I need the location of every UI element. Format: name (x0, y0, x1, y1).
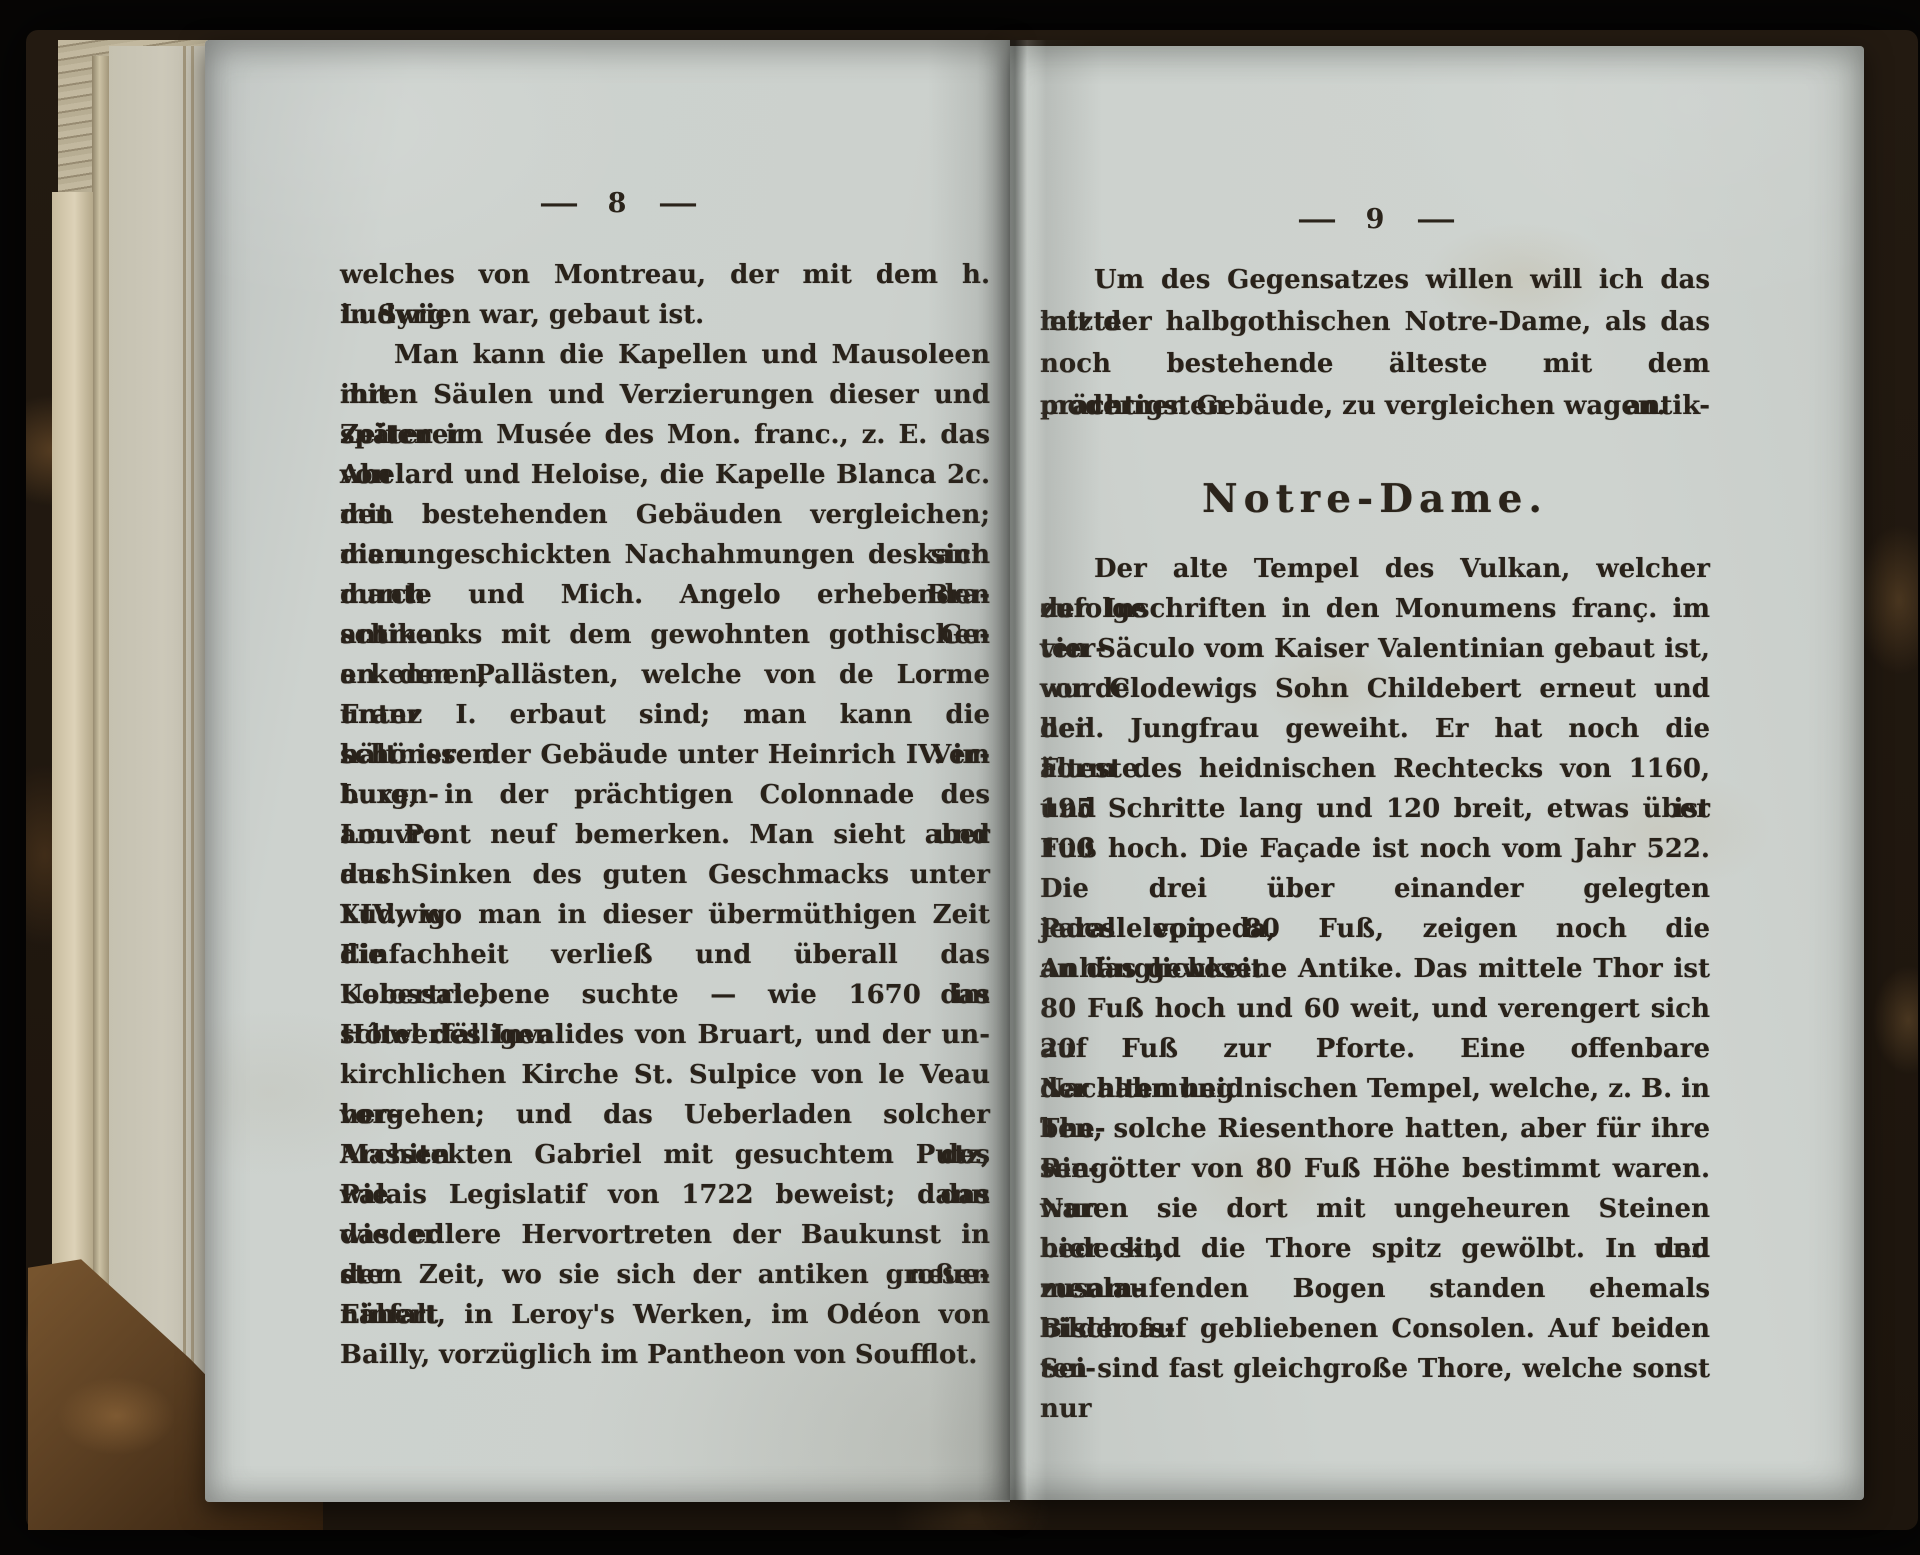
text-line: Abelard und Heloise, die Kapelle Blanca … (340, 455, 990, 495)
text-line: an das gewesene Antike. Das mittele Thor… (1040, 949, 1710, 989)
text-line: burg, in der prächtigen Colonnade des Lo… (340, 775, 990, 815)
text-line: 195 Schritte lang und 120 breit, etwas ü… (1040, 789, 1710, 829)
text-line: sengötter von 80 Fuß Höhe bestimmt waren… (1040, 1149, 1710, 1189)
section-heading: Notre-Dame. (1040, 476, 1710, 522)
page-header: — 9 — (1040, 204, 1710, 235)
text-line: Palais Legislatif von 1722 beweist; dann… (340, 1175, 990, 1215)
right-page: — 9 — Um des Gegensatzes willen will ich… (1010, 46, 1864, 1500)
text-line: Hôtel des Invalides von Bruart, und der … (340, 1015, 990, 1055)
left-page-text-column: welches von Montreau, der mit dem h. Lud… (340, 255, 990, 1375)
right-page-intro-paragraph: Um des Gegensatzes willen will ich das l… (1040, 259, 1710, 427)
gutter-shadow (928, 40, 1102, 1500)
text-line: Man kann die Kapellen und Mausoleen mit (340, 335, 990, 375)
text-line: Die drei über einander gelegten Parallel… (1040, 869, 1710, 909)
text-line: XIV., wo man in dieser übermüthigen Zeit… (340, 895, 990, 935)
text-line: Uebertriebene suchte — wie 1670 im schwe… (340, 975, 990, 1015)
text-line: von Clodewigs Sohn Childebert erneut und… (1040, 669, 1710, 709)
text-line: ben, solche Riesenthore hatten, aber für… (1040, 1109, 1710, 1149)
header-rule-right: — (658, 188, 696, 219)
text-line: die ungeschickten Nachahmungen des sich … (340, 535, 990, 575)
left-page: — 8 — welches von Montreau, der mit dem … (205, 40, 1010, 1502)
text-line: bilder auf gebliebenen Consolen. Auf bei… (1040, 1309, 1710, 1349)
text-line: Fuß hoch. Die Façade ist noch vom Jahr 5… (1040, 829, 1710, 869)
text-line: nähert, in Leroy's Werken, im Odéon von (340, 1295, 990, 1335)
text-line: ten Säculo vom Kaiser Valentinian gebaut… (1040, 629, 1710, 669)
text-line: das edlere Hervortreten der Baukunst in … (340, 1215, 990, 1255)
text-line: 20 Fuß zur Pforte. Eine offenbare Nachah… (1040, 1029, 1710, 1069)
text-line: kirchlichen Kirche St. Sulpice von le Ve… (340, 1055, 990, 1095)
protruding-page-strip (52, 192, 93, 1314)
right-page-body-paragraph: Der alte Tempel des Vulkan, welcher zufo… (1040, 549, 1710, 1389)
text-line: das Sinken des guten Geschmacks unter Lu… (340, 855, 990, 895)
text-line: Form des heidnischen Rechtecks von 1160,… (1040, 749, 1710, 789)
text-line: Der alte Tempel des Vulkan, welcher zufo… (1040, 549, 1710, 589)
page-number: 8 (608, 188, 627, 219)
text-line: Franz I. erbaut sind; man kann die schön… (340, 695, 990, 735)
text-line: ten sind fast gleichgroße Thore, welche … (1040, 1349, 1710, 1389)
text-line: mit der halbgothischen Notre-Dame, als d… (1040, 301, 1710, 343)
page-header: — 8 — (292, 188, 942, 219)
text-line: schmacks mit dem gewohnten gothischen er… (340, 615, 990, 655)
page-stack-edge (92, 56, 109, 1480)
text-line: modernen Gebäude, zu vergleichen wagen. (1040, 385, 1710, 427)
text-line: der Inschriften in den Monumens franç. i… (1040, 589, 1710, 629)
text-line: Bailly, vorzüglich im Pantheon von Souff… (340, 1335, 990, 1375)
text-line: an den Pallästen, welche von de Lorme un… (340, 655, 990, 695)
text-line: jedes von 80 Fuß, zeigen noch die Anhäng… (1040, 909, 1710, 949)
text-line: den bestehenden Gebäuden vergleichen; ma… (340, 495, 990, 535)
text-line: sten Zeit, wo sie sich der antiken große… (340, 1255, 990, 1295)
text-line: in Syrien war, gebaut ist. (340, 295, 990, 335)
text-line: hier sind die Thore spitz gewölbt. In de… (1040, 1229, 1710, 1269)
text-line: Um des Gegensatzes willen will ich das l… (1040, 259, 1710, 301)
text-line: menlaufenden Bogen standen ehemals Bisch… (1040, 1269, 1710, 1309)
header-rule-left: — (538, 188, 576, 219)
page-stack-edges (109, 46, 205, 1492)
text-line: heil. Jungfrau geweiht. Er hat noch die … (1040, 709, 1710, 749)
text-line: Zeiten im Musée des Mon. franc., z. E. d… (340, 415, 990, 455)
text-line: welches von Montreau, der mit dem h. Lud… (340, 255, 990, 295)
text-line: hältnisse der Gebäude unter Heinrich IV.… (340, 735, 990, 775)
page-number: 9 (1366, 204, 1385, 235)
text-line: am Pont neuf bemerken. Man sieht aber au… (340, 815, 990, 855)
text-line: mante und Mich. Angelo erhebenden antike… (340, 575, 990, 615)
text-line: der alten heidnischen Tempel, welche, z.… (1040, 1069, 1710, 1109)
text-line: Architekten Gabriel mit gesuchtem Putz, … (340, 1135, 990, 1175)
text-line: 80 Fuß hoch und 60 weit, und verengert s… (1040, 989, 1710, 1029)
header-rule-right: — (1416, 204, 1454, 235)
text-line: noch bestehende älteste mit dem prächtig… (1040, 343, 1710, 385)
header-rule-left: — (1296, 204, 1334, 235)
text-line: waren sie dort mit ungeheuren Steinen be… (1040, 1189, 1710, 1229)
text-line: vorgehen; und das Ueberladen solcher Mas… (340, 1095, 990, 1135)
text-line: ihren Säulen und Verzierungen dieser und… (340, 375, 990, 415)
text-line: Einfachheit verließ und überall das Kolo… (340, 935, 990, 975)
